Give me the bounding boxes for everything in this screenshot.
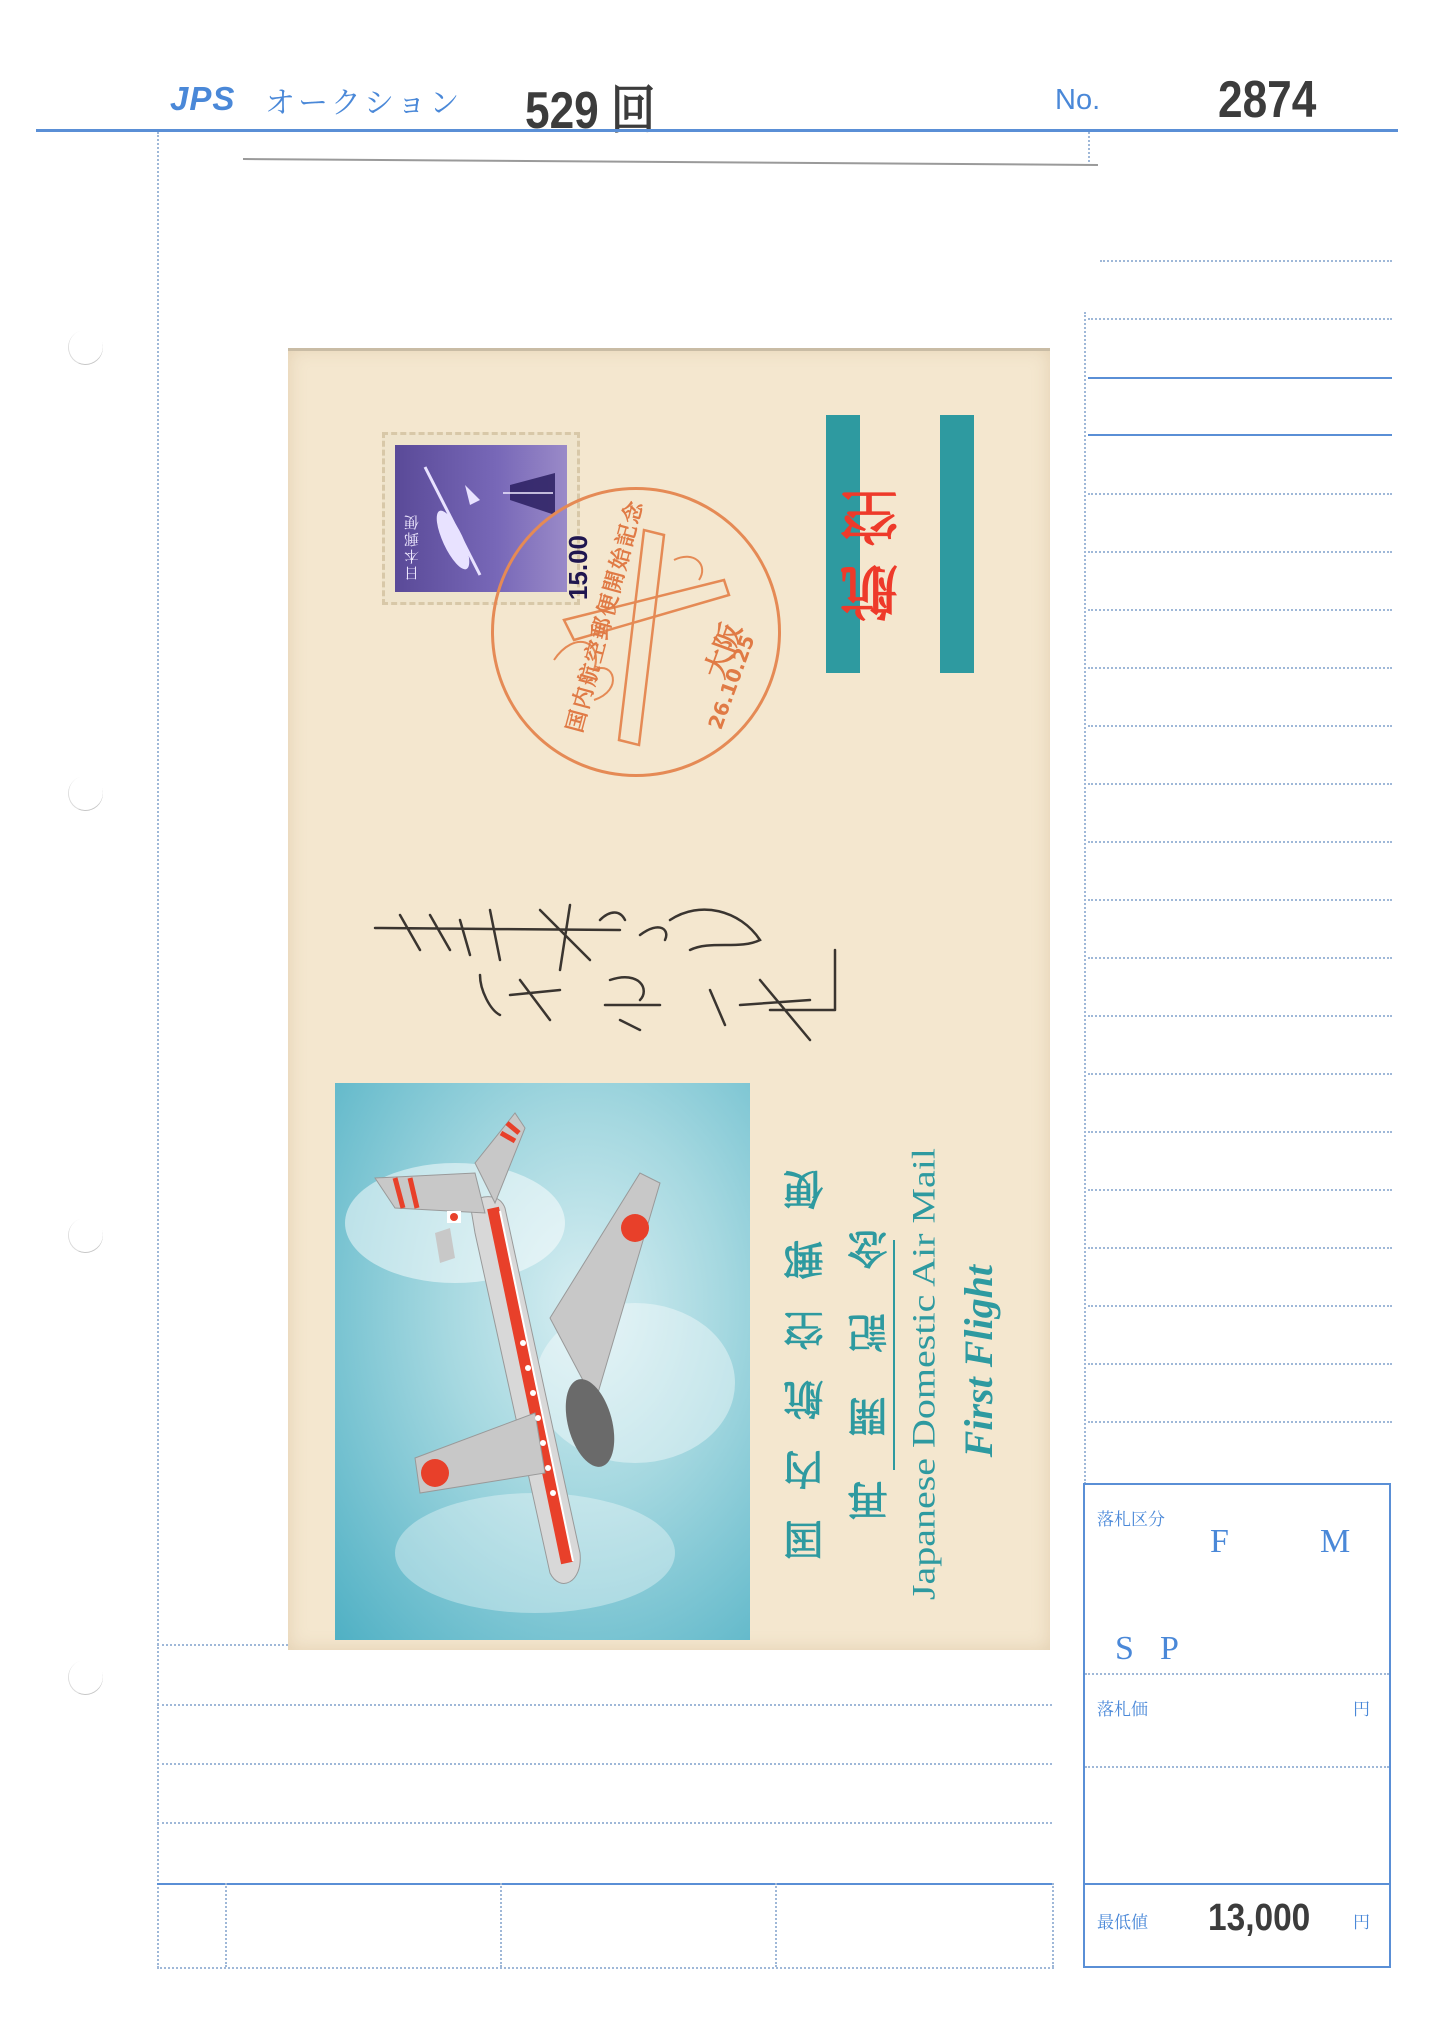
- grid-line: [157, 1704, 1052, 1706]
- punch-hole: [63, 1655, 108, 1700]
- minimum-price-value: 13,000: [1208, 1897, 1310, 1940]
- airplane-illustration-icon: [335, 1083, 750, 1640]
- bid-panel: 落札区分 F M S P 落札価 円 最低値 13,000 円: [1083, 1483, 1391, 1968]
- lot-number-label: No.: [1055, 84, 1100, 117]
- brand-suffix: オークション: [265, 78, 462, 122]
- handwritten-address: [340, 880, 1000, 1080]
- header-rule: [36, 129, 1398, 132]
- lot-number: 2874: [1218, 70, 1316, 130]
- grade-f[interactable]: F: [1210, 1523, 1229, 1561]
- cachet-illustration: [335, 1083, 750, 1640]
- cachet-title-en: Japanese Domestic Air Mail: [904, 1148, 943, 1600]
- grid-line: [1100, 260, 1392, 262]
- grid-line: [1088, 377, 1392, 379]
- grid-line: [1088, 841, 1392, 843]
- separator-line: [243, 158, 1098, 166]
- grid-line: [225, 1883, 227, 1967]
- grid-line: [1088, 551, 1392, 553]
- minimum-price-currency: 円: [1353, 1908, 1370, 1933]
- grid-line: [1088, 957, 1392, 959]
- cachet-subtitle-jp: 再開記念: [842, 1185, 899, 1521]
- grid-line-right: [1084, 312, 1086, 1484]
- airmail-label: 航空: [832, 470, 972, 622]
- cachet-rule: [893, 1240, 895, 1470]
- grid-line: [1088, 318, 1392, 320]
- grade-m[interactable]: M: [1320, 1523, 1350, 1561]
- grid-line: [157, 1763, 1052, 1765]
- grid-line: [157, 1822, 1052, 1824]
- grid-line: [1088, 493, 1392, 495]
- grid-line: [1088, 1073, 1392, 1075]
- minimum-price-label: 最低値: [1097, 1908, 1148, 1933]
- stamp-country: 日本郵便: [401, 513, 422, 581]
- brand-logo: JPS: [170, 80, 235, 118]
- grid-line: [1088, 899, 1392, 901]
- grid-line: [1088, 667, 1392, 669]
- grid-line: [1088, 1421, 1392, 1423]
- winning-price-currency: 円: [1353, 1695, 1370, 1720]
- grid-line: [1088, 434, 1392, 436]
- grid-line: [1088, 609, 1392, 611]
- grid-line: [1088, 132, 1090, 162]
- postmark: 26.10.25 大阪 国内航空郵便開始記念: [491, 487, 781, 777]
- grid-line: [1088, 1363, 1392, 1365]
- winning-price-label: 落札価: [1097, 1695, 1148, 1720]
- envelope-edge: [288, 348, 1050, 351]
- cachet-title-jp: 国内航空郵便: [778, 1140, 835, 1560]
- grid-line: [775, 1883, 777, 1967]
- grid-line: [1088, 1189, 1392, 1191]
- bid-category-label: 落札区分: [1097, 1505, 1165, 1530]
- punch-hole: [63, 325, 108, 370]
- grid-line: [157, 1967, 1054, 1969]
- grid-line: [157, 1883, 1054, 1885]
- panel-divider: [1085, 1883, 1389, 1885]
- grid-line: [157, 1644, 288, 1646]
- cachet-subtitle-en: First Flight: [955, 1265, 1002, 1457]
- grid-line: [1088, 1015, 1392, 1017]
- panel-divider: [1085, 1673, 1389, 1675]
- panel-divider: [1085, 1766, 1389, 1768]
- grid-line: [1088, 1131, 1392, 1133]
- grid-line: [500, 1883, 502, 1967]
- grid-line: [1088, 725, 1392, 727]
- grid-line: [1088, 783, 1392, 785]
- grade-p[interactable]: P: [1160, 1630, 1179, 1668]
- grade-s[interactable]: S: [1115, 1630, 1134, 1668]
- grid-line-left: [157, 132, 159, 1968]
- punch-hole: [63, 771, 108, 816]
- grid-line: [1088, 1247, 1392, 1249]
- punch-hole: [63, 1213, 108, 1258]
- grid-line: [1052, 1883, 1054, 1967]
- grid-line: [1088, 1305, 1392, 1307]
